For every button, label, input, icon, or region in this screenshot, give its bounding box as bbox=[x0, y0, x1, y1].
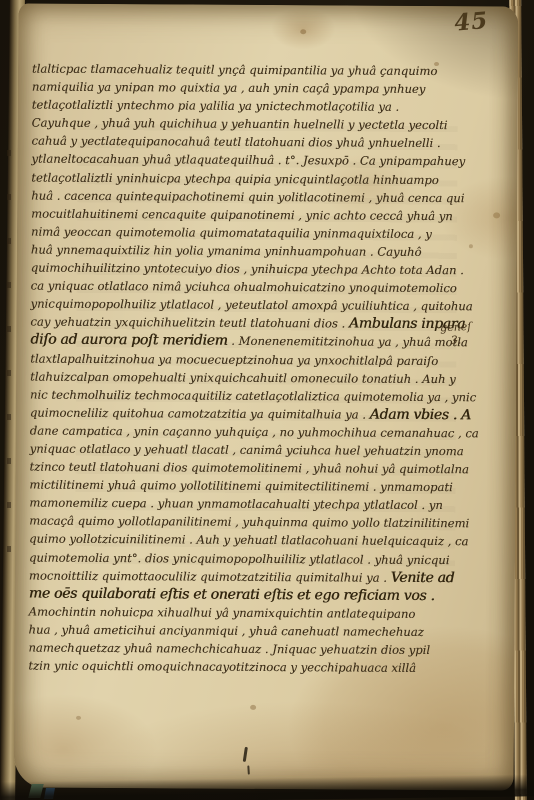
text-segment: Amochintin nohuicpa xihualhui yâ ynamixq… bbox=[29, 604, 416, 620]
stain bbox=[493, 212, 500, 218]
page-marker-ribbon bbox=[44, 788, 55, 799]
text-segment: dane campatica , ynin caçanno yuhquiça ,… bbox=[30, 423, 479, 440]
text-segment: cahuâ y yectlatequipanocahuâ teutl tlato… bbox=[32, 134, 441, 150]
text-segment: mocuitlahuitinemi cencaquite quipanotine… bbox=[31, 206, 453, 223]
text-segment: quimocneliliz quitohua camotzatzitia ya … bbox=[30, 405, 370, 421]
text-segment: . Monenenemititzinohua ya , yhuâ motla bbox=[228, 334, 468, 349]
text-segment: tlalticpac tlamacehualiz tequitl ynçâ qu… bbox=[32, 62, 437, 78]
text-segment: yniquac otlatlaco y yehuatl tlacatl , ca… bbox=[30, 442, 464, 459]
manuscript-photo: 45 tlalticpac tlamacehualiz tequitl ynçâ… bbox=[0, 0, 534, 800]
text-line: tlaxtlapalhuitzinohua ya mocuecueptzinoh… bbox=[30, 349, 472, 370]
text-segment: huâ ynnemaquixtiliz hin yolia ymanima yn… bbox=[31, 242, 422, 258]
stain bbox=[469, 244, 473, 248]
text-segment: tzin ynic oquichtli omoquichnacayotitzin… bbox=[28, 659, 416, 675]
margin-note: geneſ 3. bbox=[440, 319, 491, 347]
text-line: nic techmolhuiliz techmocaquitiliz catet… bbox=[30, 385, 472, 406]
text-segment: Venite ad bbox=[391, 569, 455, 585]
text-segment: ynicquimopopolhuiliz ytlatlacol , yeteut… bbox=[31, 297, 473, 314]
text-line: tlahuizcalpan omopehualti ynixquichcahui… bbox=[30, 367, 472, 388]
text-line: tzin ynic oquichtli omoquichnacayotitzin… bbox=[28, 657, 470, 678]
stain bbox=[300, 29, 306, 34]
text-segment: namechquetzaz yhuâ namechchicahuaz . Jni… bbox=[28, 641, 430, 657]
text-segment: Cayuhque , yhuâ yuh quichihua y yehuanti… bbox=[32, 116, 448, 133]
stain bbox=[76, 716, 81, 720]
ink-mark bbox=[243, 747, 248, 762]
text-segment: tzinco teutl tlatohuani dios quimotemoli… bbox=[30, 460, 469, 477]
text-segment: nimâ yeoccan quimotemolia quimomatataqui… bbox=[31, 224, 432, 240]
text-segment: tlaxtlapalhuitzinohua ya mocuecueptzinoh… bbox=[30, 351, 438, 367]
text-segment: mocnoittiliz quimottaoculiliz quimotzatz… bbox=[29, 568, 391, 584]
text-segment: quimo yollotzicuinilitinemi . Auh y yehu… bbox=[29, 532, 468, 549]
text-line: quimo yollotzicuinilitinemi . Auh y yehu… bbox=[29, 530, 471, 551]
text-line: diſo ad aurora poſt meridiem . Monenenem… bbox=[30, 331, 472, 352]
text-segment: me oēs quilaborati eſtis et onerati eſti… bbox=[29, 585, 435, 603]
text-segment: huâ . cacenca quintequipachotinemi quin … bbox=[31, 188, 464, 205]
text-segment: tetlaçotlaliztli yninhuicpa ytechpa quip… bbox=[31, 170, 439, 186]
text-segment: ca yniquac otlatlaco nimâ yciuhca ohualm… bbox=[31, 279, 457, 296]
text-segment: cay yehuatzin yxquichihuelitzin teutl tl… bbox=[30, 315, 349, 331]
text-segment: macaçâ quimo yollotlapanilitinemi , yuhq… bbox=[29, 514, 469, 531]
text-line: quimotemolia ynt°. dios ynicquimopopolhu… bbox=[29, 548, 471, 569]
text-line: tetlaçotlaliztli yninhuicpa ytechpa quip… bbox=[31, 168, 473, 189]
text-segment: tlahuizcalpan omopehualti ynixquichcahui… bbox=[30, 369, 456, 386]
text-segment: quimochihuilitzino yntotecuiyo dios , yn… bbox=[31, 261, 464, 278]
text-segment: nic techmolhuiliz techmocaquitiliz catet… bbox=[30, 387, 476, 404]
text-line: ytlaneltocacahuan yhuâ ytlaquatequilhuâ … bbox=[31, 150, 473, 171]
text-segment: mictilitinemi yhuâ quimo yollotilitinemi… bbox=[29, 478, 452, 495]
text-segment: diſo ad aurora poſt meridiem bbox=[30, 332, 227, 349]
stain bbox=[434, 62, 439, 66]
text-segment: ytlaneltocacahuan yhuâ ytlaquatequilhuâ … bbox=[31, 152, 465, 169]
text-segment: namiquilia ya ynipan mo quixtia ya , auh… bbox=[32, 80, 426, 96]
text-block: tlalticpac tlamacehualiz tequitl ynçâ qu… bbox=[28, 60, 474, 678]
text-segment: hua , yhuâ ameticihui anciyanmiqui , yhu… bbox=[29, 622, 424, 638]
text-segment: mamonemiliz cuepa . yhuan ynmamotlacahua… bbox=[29, 496, 443, 513]
text-segment: Adam vbies . A bbox=[370, 406, 471, 423]
page-marker-ribbon bbox=[28, 784, 43, 798]
manuscript-page: 45 tlalticpac tlamacehualiz tequitl ynçâ… bbox=[14, 3, 519, 790]
text-line: mocnoittiliz quimottaoculiliz quimotzatz… bbox=[29, 566, 471, 587]
text-segment: tetlaçotlaliztli yntechmo pia yalilia ya… bbox=[32, 98, 399, 114]
margin-note-chapter: 3. bbox=[440, 332, 491, 347]
stain bbox=[250, 705, 256, 710]
page-number: 45 bbox=[453, 7, 489, 37]
text-segment: quimotemolia ynt°. dios ynicquimopopolhu… bbox=[29, 550, 450, 567]
text-line: huâ . cacenca quintequipachotinemi quin … bbox=[31, 186, 473, 207]
text-line: me oēs quilaborati eſtis et onerati eſti… bbox=[29, 584, 471, 605]
binding-ink-marks bbox=[7, 150, 11, 570]
